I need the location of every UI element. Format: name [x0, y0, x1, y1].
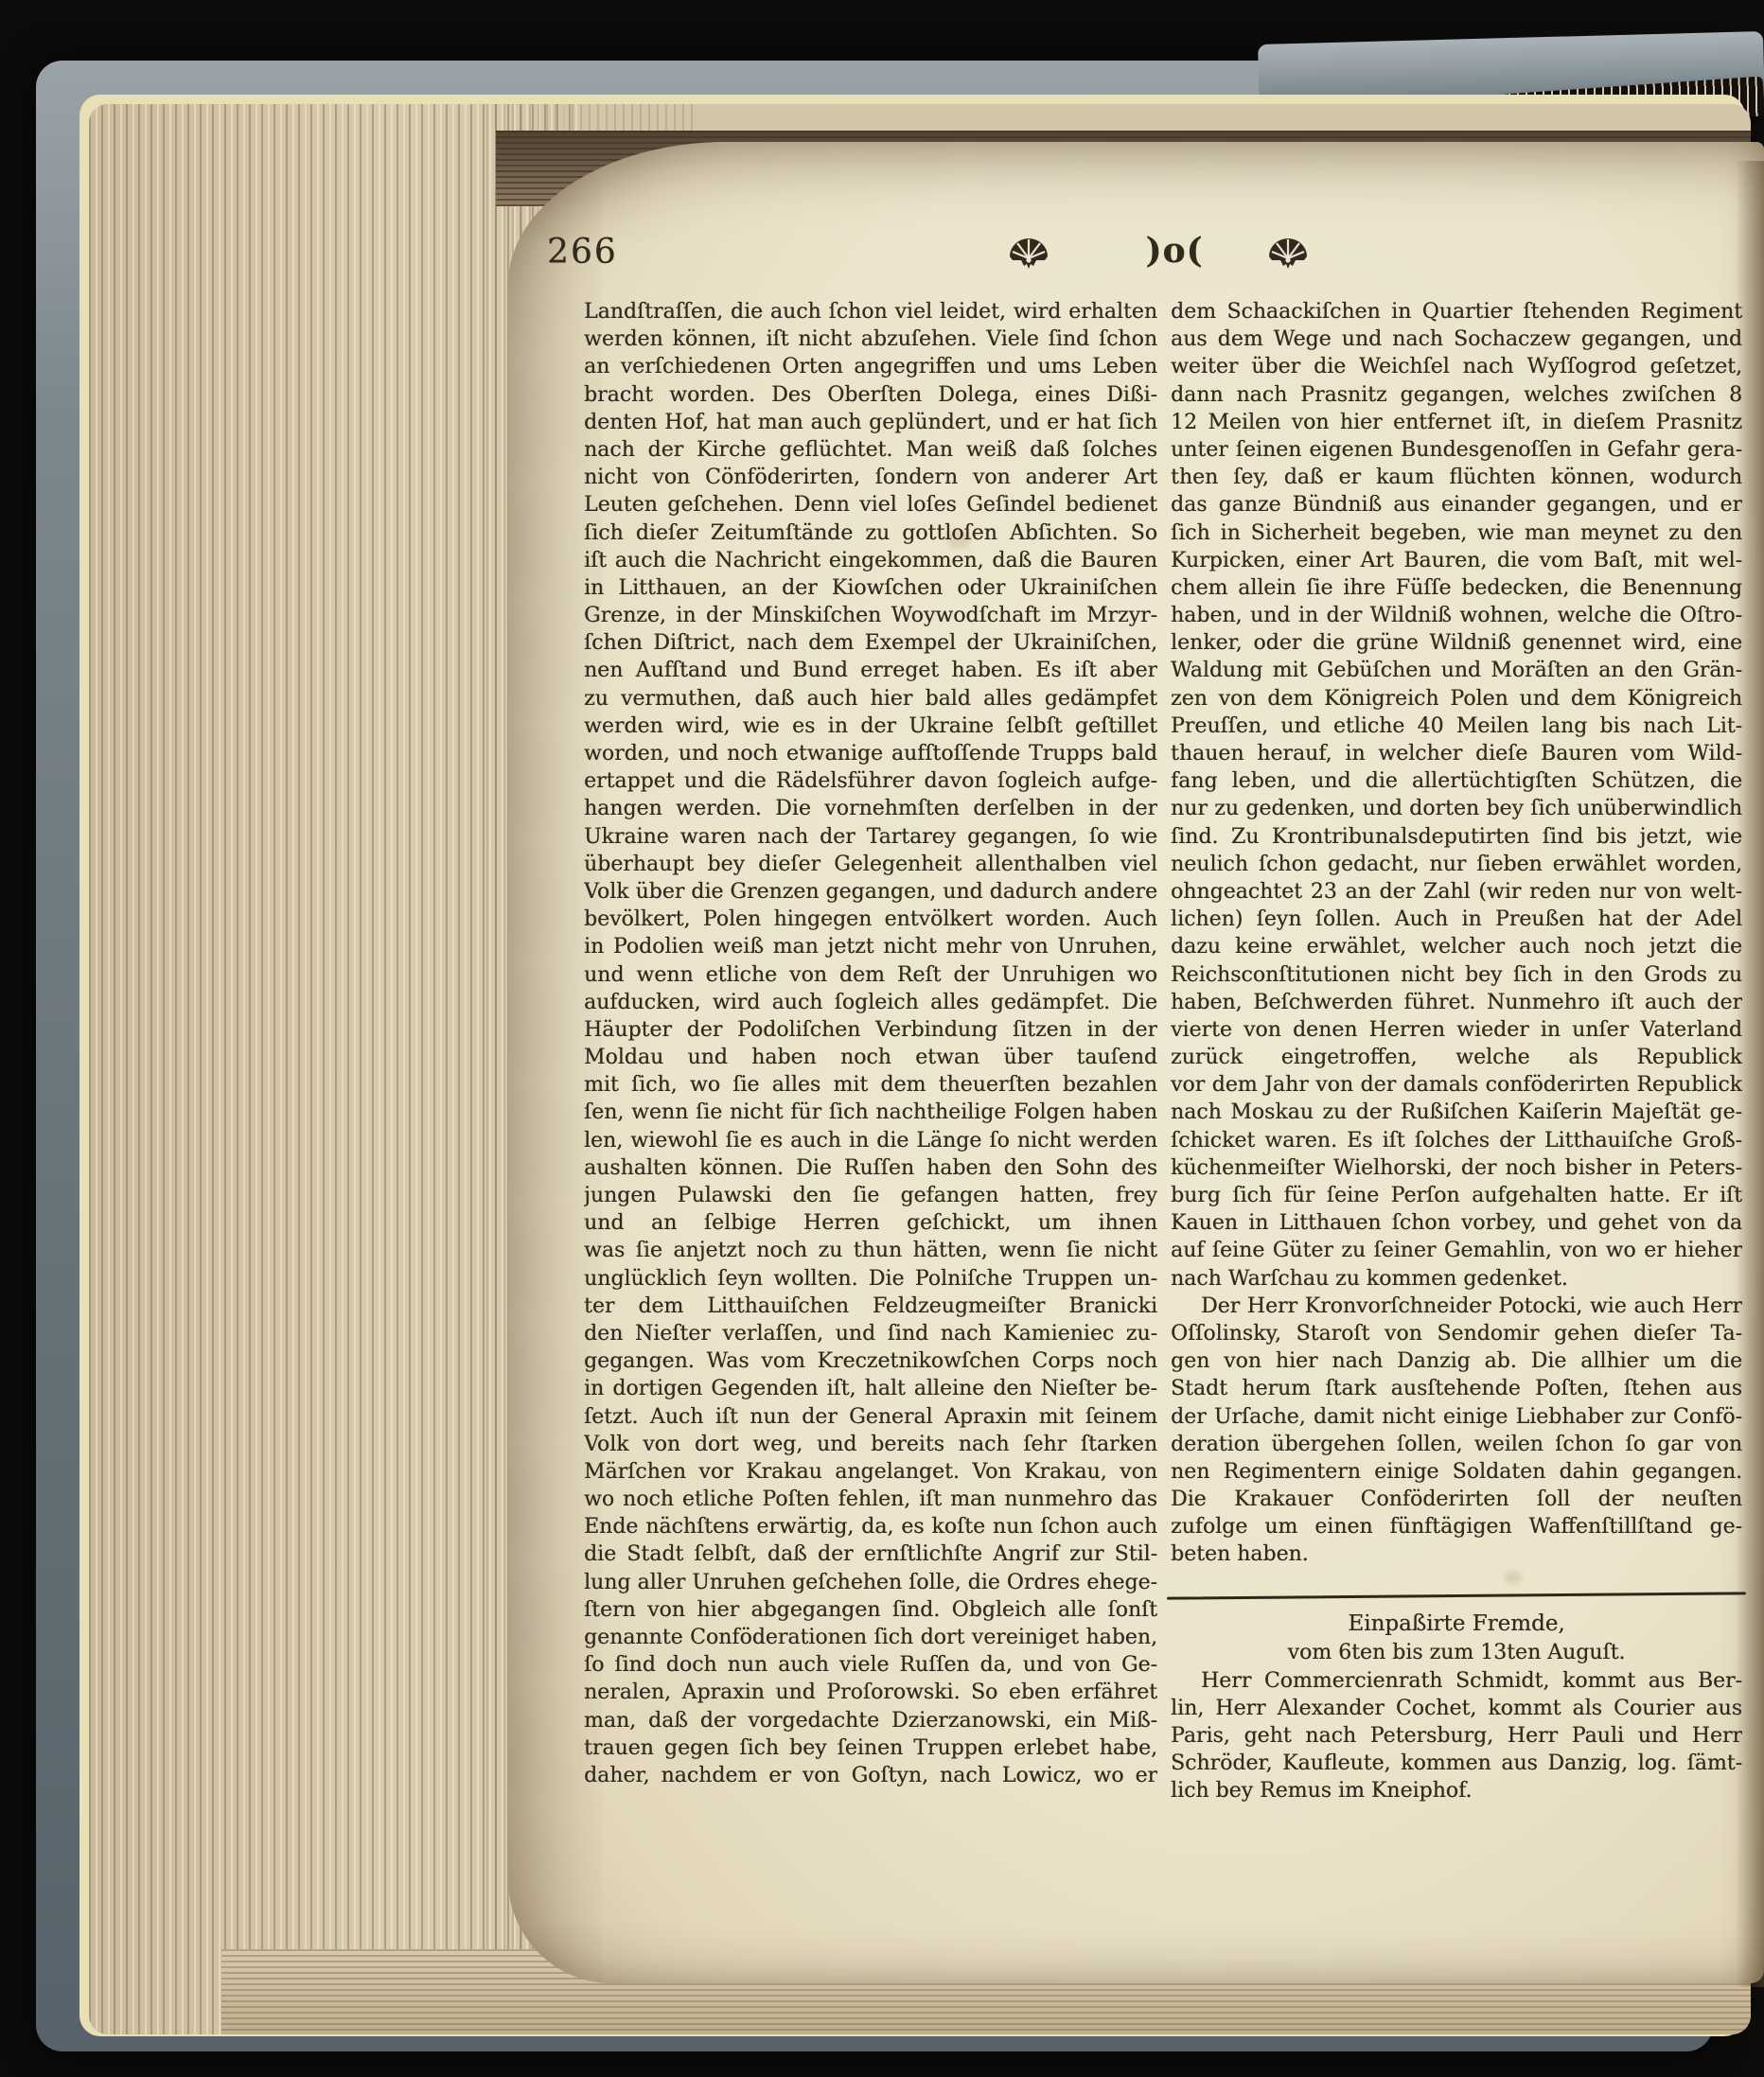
text-line: ſich in Sicherheit begeben, wie man meyn…	[1171, 519, 1742, 547]
text-line: Ukraine waren nach der Tartarey gegangen…	[584, 823, 1157, 851]
text-line: an verſchiedenen Orten angegriffen und u…	[584, 353, 1157, 380]
text-line: neulich ſchon gedacht, nur ſieben erwähl…	[1171, 851, 1742, 878]
shell-ornament-icon	[1005, 231, 1052, 278]
text-line: ſetzt. Auch iſt nun der General Apraxin …	[584, 1403, 1157, 1431]
text-line: die Stadt ſelbſt, daß der ernſtlichſte A…	[584, 1540, 1157, 1568]
shell-ornament-icon	[1264, 231, 1312, 278]
text-line: denten Hof, hat man auch geplündert, und…	[584, 409, 1157, 436]
text-line: zufolge um einen fünftägigen Waffenſtill…	[1171, 1513, 1742, 1540]
text-line: ertappet und die Rädelsführer davon ſogl…	[584, 767, 1157, 795]
text-line: jungen Pulawski den ſie gefangen hatten,…	[584, 1182, 1157, 1209]
right-text-column: dem Schaackiſchen in Quartier ſtehenden …	[1171, 298, 1742, 1805]
text-line: und an ſelbige Herren geſchickt, um ihne…	[584, 1209, 1157, 1237]
text-line: was ſie anjetzt noch zu thun hätten, wen…	[584, 1237, 1157, 1264]
text-line: neralen, Apraxin und Proſorowski. So ebe…	[584, 1679, 1157, 1706]
text-line: fang leben, und die allertüchtigſten Sch…	[1171, 767, 1742, 795]
text-line: werden können, iſt nicht abzuſehen. Viel…	[584, 326, 1157, 353]
text-line: ſtern von hier abgegangen ſind. Obgleich…	[584, 1596, 1157, 1624]
left-text-column: Landſtraſſen, die auch ſchon viel leidet…	[584, 298, 1157, 1789]
right-column-paragraph-1: dem Schaackiſchen in Quartier ſtehenden …	[1171, 298, 1742, 1293]
notice-heading: Einpaßirte Fremde,	[1171, 1611, 1742, 1639]
text-line: lich bey Remus im Kneiphof.	[1171, 1777, 1742, 1804]
text-line: ſo ſind doch nun auch viele Ruſſen da, u…	[584, 1651, 1157, 1679]
text-line: Kauen in Litthauen ſchon vorbey, und geh…	[1171, 1209, 1742, 1237]
text-line: bevölkert, Polen hingegen entvölkert wor…	[584, 906, 1157, 933]
center-ornament: )o(	[1122, 231, 1226, 271]
text-line: then ſey, daß er kaum flüchten können, w…	[1171, 464, 1742, 491]
page-number: 266	[547, 233, 618, 272]
text-line: in Litthauen, an der Kiowſchen oder Ukra…	[584, 574, 1157, 602]
text-line: ſen, wenn ſie nicht für ſich nachtheilig…	[584, 1099, 1157, 1126]
text-line: vor dem Jahr von der damals conföderirte…	[1171, 1071, 1742, 1099]
text-line: nach Warſchau zu kommen gedenket.	[1171, 1265, 1742, 1293]
text-line: nicht von Cönföderirten, ſondern von and…	[584, 464, 1157, 491]
text-line: Die Krakauer Conföderirten ſoll der neuſ…	[1171, 1486, 1742, 1513]
text-line: wo noch etliche Poſten fehlen, iſt man n…	[584, 1486, 1157, 1513]
text-line: der Urſache, damit nicht einige Liebhabe…	[1171, 1403, 1742, 1431]
text-line: gen von hier nach Danzig ab. Die allhier…	[1171, 1347, 1742, 1375]
text-line: hangen werden. Die vornehmſten derſelben…	[584, 795, 1157, 822]
text-line: nach Moskau zu der Rußiſchen Kaiſerin Ma…	[1171, 1099, 1742, 1126]
text-line: deration übergehen ſollen, weilen ſchon …	[1171, 1431, 1742, 1458]
text-line: Herr Commercienrath Schmidt, kommt aus B…	[1171, 1667, 1742, 1695]
text-line: den Nieſter verlaſſen, und ſind nach Kam…	[584, 1320, 1157, 1347]
text-line: man, daß der vorgedachte Dzierzanowski, …	[584, 1707, 1157, 1734]
text-line: nen Aufſtand und Bund erreget haben. Es …	[584, 657, 1157, 684]
text-line: lung aller Unruhen geſchehen ſolle, die …	[584, 1569, 1157, 1596]
text-line: Leuten geſchehen. Denn viel loſes Geſind…	[584, 491, 1157, 519]
text-line: genannte Conföderationen ſich dort verei…	[584, 1624, 1157, 1651]
text-line: trauen gegen ſich bey ſeinen Truppen erl…	[584, 1734, 1157, 1762]
text-line: Volk über die Grenzen gegangen, und dadu…	[584, 878, 1157, 906]
scanned-book-photo: 266 )o(	[0, 0, 1764, 2077]
text-line: haben, und in der Wildniß wohnen, welche…	[1171, 602, 1742, 629]
text-line: unglücklich ſeyn wollten. Die Polniſche …	[584, 1265, 1157, 1293]
text-line: Paris, geht nach Petersburg, Herr Pauli …	[1171, 1722, 1742, 1750]
text-line: und wenn etliche von dem Reſt der Unruhi…	[584, 961, 1157, 989]
text-line: Kurpicken, einer Art Bauren, die vom Baſ…	[1171, 547, 1742, 574]
text-line: Häupter der Podoliſchen Verbindung ſitze…	[584, 1016, 1157, 1044]
text-line: ſich dieſer Zeitumſtände zu gottloſen Ab…	[584, 519, 1157, 547]
text-line: vierte von denen Herren wieder in unſer …	[1171, 1016, 1742, 1044]
text-line: Waldung mit Gebüſchen und Moräſten an de…	[1171, 657, 1742, 684]
text-line: aufducken, wird auch ſogleich alles gedä…	[584, 989, 1157, 1016]
text-line: Märſchen vor Krakau angelanget. Von Krak…	[584, 1458, 1157, 1486]
text-line: Reichsconſtitutionen nicht bey ſich in d…	[1171, 961, 1742, 989]
text-line: dem Schaackiſchen in Quartier ſtehenden …	[1171, 298, 1742, 326]
text-line: Volk von dort weg, und bereits nach ſehr…	[584, 1431, 1157, 1458]
text-line: lenker, oder die grüne Wildniß genennet …	[1171, 629, 1742, 657]
text-line: Oſſolinsky, Staroſt von Sendomir gehen d…	[1171, 1320, 1742, 1347]
text-line: bracht worden. Des Oberſten Dolega, eine…	[584, 381, 1157, 409]
text-line: weiter über die Weichſel nach Wyſſogrod …	[1171, 353, 1742, 380]
text-line: beten haben.	[1171, 1540, 1742, 1568]
text-line: ſind. Zu Krontribunalsdeputirten ſind bi…	[1171, 823, 1742, 851]
text-line: nach der Kirche geflüchtet. Man weiß daß…	[584, 436, 1157, 464]
text-line: chem allein ſie ihre Füſſe bedecken, die…	[1171, 574, 1742, 602]
text-line: küchenmeiſter Wielhorski, der noch bishe…	[1171, 1154, 1742, 1182]
text-line: len, wiewohl ſie es auch in die Länge ſo…	[584, 1127, 1157, 1154]
text-line: dann nach Prasnitz gegangen, welches zwi…	[1171, 381, 1742, 409]
text-line: ſchicket waren. Es iſt ſolches der Litth…	[1171, 1127, 1742, 1154]
text-line: lichen) ſeyn ſollen. Auch in Preußen hat…	[1171, 906, 1742, 933]
text-line: in dortigen Gegenden iſt, halt alleine d…	[584, 1375, 1157, 1402]
text-line: Schröder, Kaufleute, kommen aus Danzig, …	[1171, 1750, 1742, 1777]
text-line: zurück eingetroffen, welche als Republic…	[1171, 1044, 1742, 1071]
notice-paragraph: Herr Commercienrath Schmidt, kommt aus B…	[1171, 1667, 1742, 1805]
text-line: daher, nachdem er von Goſtyn, nach Lowic…	[584, 1762, 1157, 1789]
text-line: nur zu gedenken, und dorten bey ſich unü…	[1171, 795, 1742, 822]
text-line: dazu keine erwählet, welcher auch noch j…	[1171, 933, 1742, 960]
text-line: haben, Beſchwerden führet. Nunmehro iſt …	[1171, 989, 1742, 1016]
text-line: ohngeachtet 23 an der Zahl (wir reden nu…	[1171, 878, 1742, 906]
section-divider-rule	[1167, 1592, 1746, 1599]
text-line: Landſtraſſen, die auch ſchon viel leidet…	[584, 298, 1157, 326]
text-line: aushalten können. Die Ruſſen haben den S…	[584, 1154, 1157, 1182]
text-line: Der Herr Kronvorſchneider Potocki, wie a…	[1171, 1293, 1742, 1320]
text-line: Ende nächſtens erwärtig, da, es koſte nu…	[584, 1513, 1157, 1540]
text-line: 12 Meilen von hier entfernet iſt, in die…	[1171, 409, 1742, 436]
text-line: burg ſich für ſeine Perſon aufgehalten h…	[1171, 1182, 1742, 1209]
text-line: ter dem Litthauiſchen Feldzeugmeiſter Br…	[584, 1293, 1157, 1320]
right-column-paragraph-2: Der Herr Kronvorſchneider Potocki, wie a…	[1171, 1293, 1742, 1569]
text-line: mit ſich, wo ſie alles mit dem theuerſte…	[584, 1071, 1157, 1099]
text-line: werden wird, wie es in der Ukraine ſelbſ…	[584, 713, 1157, 740]
text-line: iſt auch die Nachricht eingekommen, daß …	[584, 547, 1157, 574]
text-line: zen von dem Königreich Polen und dem Kön…	[1171, 685, 1742, 713]
text-line: worden, und noch etwanige aufſtoſſende T…	[584, 740, 1157, 767]
text-line: das ganze Bündniß aus einander gegangen,…	[1171, 491, 1742, 519]
text-line: thauen herauf, in welcher dieſe Bauren v…	[1171, 740, 1742, 767]
text-line: aus dem Wege und nach Sochaczew gegangen…	[1171, 326, 1742, 353]
text-line: Moldau und haben noch etwan über tauſend…	[584, 1044, 1157, 1071]
text-line: unter ſeinen eigenen Bundesgenoſſen in G…	[1171, 436, 1742, 464]
text-line: zu vermuthen, daß auch hier bald alles g…	[584, 685, 1157, 713]
text-line: überhaupt bey dieſer Gelegenheit allenth…	[584, 851, 1157, 878]
notice-subheading: vom 6ten bis zum 13ten Auguſt.	[1171, 1639, 1742, 1667]
text-line: gegangen. Was vom Kreczetnikowſchen Corp…	[584, 1347, 1157, 1375]
text-line: ſchen Diſtrict, nach dem Exempel der Ukr…	[584, 629, 1157, 657]
text-line: in Podolien weiß man jetzt nicht mehr vo…	[584, 933, 1157, 960]
text-line: Stadt herum ſtark ausſtehende Poſten, ſt…	[1171, 1375, 1742, 1402]
text-line: nen Regimentern einige Soldaten dahin ge…	[1171, 1458, 1742, 1486]
text-line: auf ſeine Güter zu ſeiner Gemahlin, von …	[1171, 1237, 1742, 1264]
text-line: lin, Herr Alexander Cochet, kommt als Co…	[1171, 1695, 1742, 1722]
text-line: Grenze, in der Minskiſchen Woywodſchaft …	[584, 602, 1157, 629]
text-line: Preuſſen, und etliche 40 Meilen lang bis…	[1171, 713, 1742, 740]
